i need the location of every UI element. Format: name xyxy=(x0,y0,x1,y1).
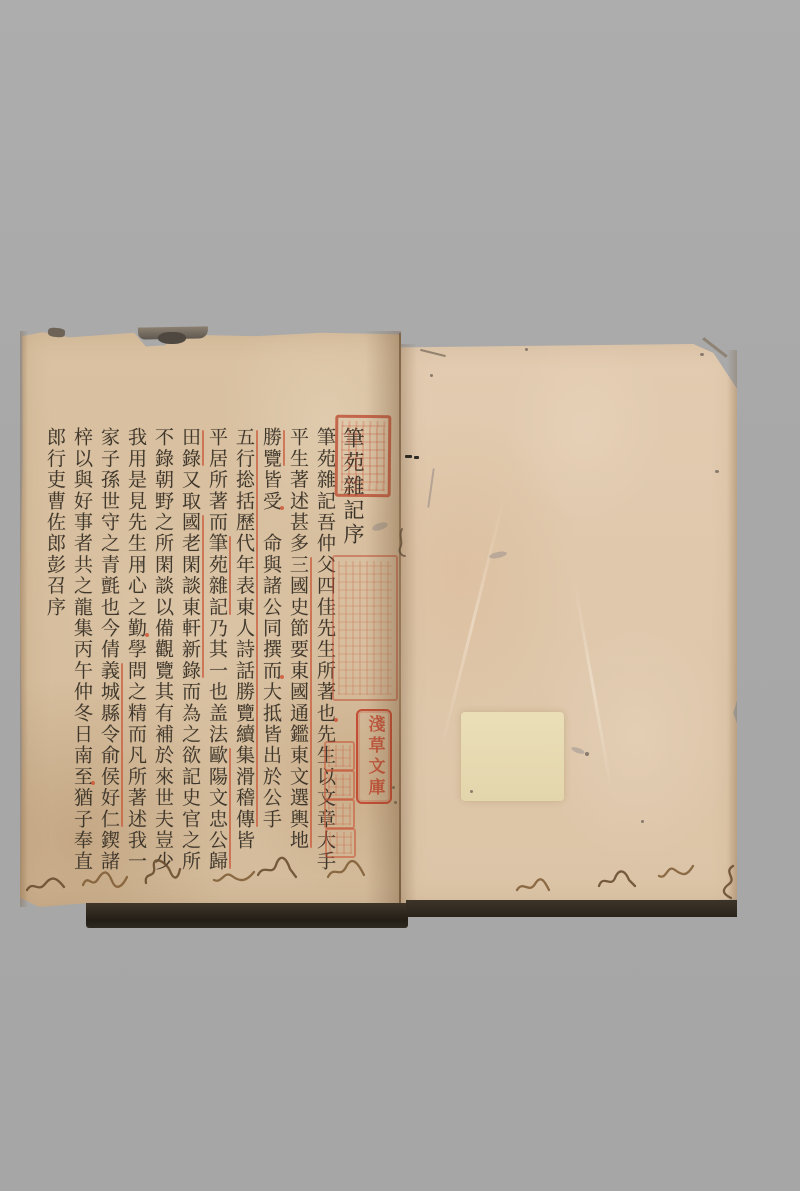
seal-script-pattern xyxy=(338,561,392,695)
speck xyxy=(394,801,397,804)
asakusa-bunko-seal-text: 淺草文庫 xyxy=(366,715,383,799)
vermilion-reading-mark xyxy=(229,536,231,615)
wormhole-trail xyxy=(326,859,366,883)
manuscript-photo: 筆苑雜記序筆苑雜記吾仲父四佳先生所著也先生以文章大手平生著述甚多三國史節要東國通… xyxy=(0,0,800,1191)
repair-patch xyxy=(461,712,564,801)
text-column-4: 勝覽皆受 命與諸公同撰而大抵皆出於公手 xyxy=(261,427,280,883)
small-collector-seal xyxy=(324,741,355,771)
left-page: 筆苑雜記序筆苑雜記吾仲父四佳先生所著也先生以文章大手平生著述甚多三國史節要東國通… xyxy=(20,331,401,907)
collector-seal-large xyxy=(332,555,398,701)
speck xyxy=(715,470,719,473)
text-column-6: 平居所著而筆苑雜記乃其一也盖法歐陽文忠公歸 xyxy=(207,427,226,883)
speck xyxy=(470,790,473,793)
vermilion-reading-mark xyxy=(256,430,258,827)
binding-stitch xyxy=(405,455,412,458)
small-collector-seal xyxy=(324,770,355,800)
asakusa-bunko-seal: 淺草文庫 xyxy=(356,709,392,804)
vermilion-reading-mark xyxy=(202,515,204,679)
vermilion-punctuation-dot xyxy=(91,781,95,785)
binding-thread xyxy=(394,528,408,558)
text-column-10: 家子孫世守之青氈也今倩義城縣令俞侯好仁鍥諸 xyxy=(99,427,118,883)
text-column-12: 郎行吏曹佐郎彭召序 xyxy=(45,427,64,883)
text-column-5: 五行捴括歷代年表東人詩話勝覽續集滑稽傳皆 xyxy=(234,427,253,883)
collector-seal-top xyxy=(335,415,392,497)
wormhole-trail xyxy=(597,868,637,892)
page-block-shadow xyxy=(86,903,408,928)
speck xyxy=(525,348,528,351)
speck xyxy=(585,752,589,756)
stain xyxy=(371,521,388,533)
top-edge-tear xyxy=(48,327,66,338)
vermilion-reading-mark xyxy=(283,430,285,466)
right-page xyxy=(401,344,737,905)
stain xyxy=(571,746,586,755)
speck xyxy=(430,374,433,377)
vermilion-reading-mark xyxy=(121,663,123,827)
small-collector-seal xyxy=(325,828,356,858)
top-edge-tear xyxy=(158,332,186,344)
wormhole-trail xyxy=(82,869,128,891)
vermilion-punctuation-dot xyxy=(145,633,149,637)
small-collector-seal xyxy=(324,799,355,829)
vermilion-reading-mark xyxy=(229,748,231,869)
vermilion-reading-mark xyxy=(202,430,204,466)
seal-script-pattern xyxy=(341,421,386,491)
wormhole-trail xyxy=(719,864,739,900)
wormhole-trail xyxy=(212,866,256,888)
wormhole-trail xyxy=(26,875,66,895)
vermilion-punctuation-dot xyxy=(280,675,284,679)
vermilion-punctuation-dot xyxy=(334,718,338,722)
wormhole-trail xyxy=(515,876,551,896)
speck xyxy=(392,786,395,789)
speck xyxy=(140,561,143,565)
speck xyxy=(641,820,644,823)
wormhole-trail xyxy=(142,859,182,885)
wormhole-trail xyxy=(657,860,695,884)
speck xyxy=(700,353,704,356)
text-block: 筆苑雜記序筆苑雜記吾仲父四佳先生所著也先生以文章大手平生著述甚多三國史節要東國通… xyxy=(37,427,363,883)
text-column-11: 梓以與好事者共之龍集丙午仲冬日南至猶子奉直 xyxy=(72,427,91,883)
text-column-9: 我用是見先生用心之勤學問之精而凡所著述我一 xyxy=(126,427,145,883)
paper-crease xyxy=(572,575,613,792)
wormhole-trail xyxy=(256,855,298,881)
vermilion-reading-mark xyxy=(310,557,312,848)
text-column-8: 不錄朝野之所閑談以備觀覽其有補於來世夫豈少 xyxy=(153,427,172,883)
text-column-3: 平生著述甚多三國史節要東國通鑑東文選輿地 xyxy=(288,427,307,883)
binding-stitch xyxy=(414,456,419,459)
text-column-7: 田錄又取國老閑談東軒新錄而為之欲記史官之所 xyxy=(180,427,199,883)
vermilion-punctuation-dot xyxy=(280,506,284,510)
